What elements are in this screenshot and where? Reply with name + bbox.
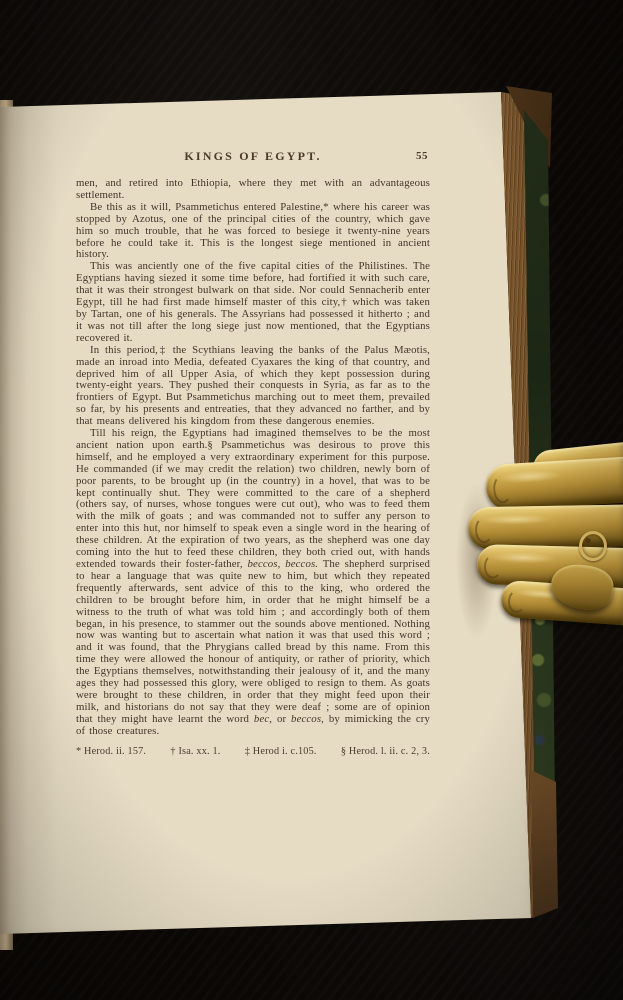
paragraph: Be this as it will, Psammetichus entered…: [76, 202, 430, 262]
text-block: KINGS OF EGYPT. 55 men, and retired into…: [76, 149, 430, 757]
footnote-ref: § Herod. l. ii. c. 2, 3.: [341, 746, 430, 757]
page-header-title: KINGS OF EGYPT.: [184, 149, 321, 163]
book-photograph: KINGS OF EGYPT. 55 men, and retired into…: [0, 0, 623, 1000]
paragraph: This was anciently one of the five capit…: [76, 261, 430, 344]
page-text: men, and retired into Ethiopia, where th…: [76, 178, 430, 738]
footnote-ref: * Herod. ii. 157.: [76, 746, 146, 757]
paragraph: men, and retired into Ethiopia, where th…: [76, 178, 430, 202]
footnote-ref: ‡ Herod i. c.105.: [245, 746, 317, 757]
running-head: KINGS OF EGYPT. 55: [76, 149, 430, 165]
paragraph: In this period,‡ the Scythians leaving t…: [76, 345, 430, 428]
footnote-line: * Herod. ii. 157.† Isa. xx. 1.‡ Herod i.…: [76, 746, 430, 757]
page-number: 55: [416, 150, 428, 162]
paragraph: Till his reign, the Egyptians had imagin…: [76, 428, 430, 738]
clasp-shadow: [442, 452, 500, 670]
footnote-ref: † Isa. xx. 1.: [170, 746, 220, 757]
